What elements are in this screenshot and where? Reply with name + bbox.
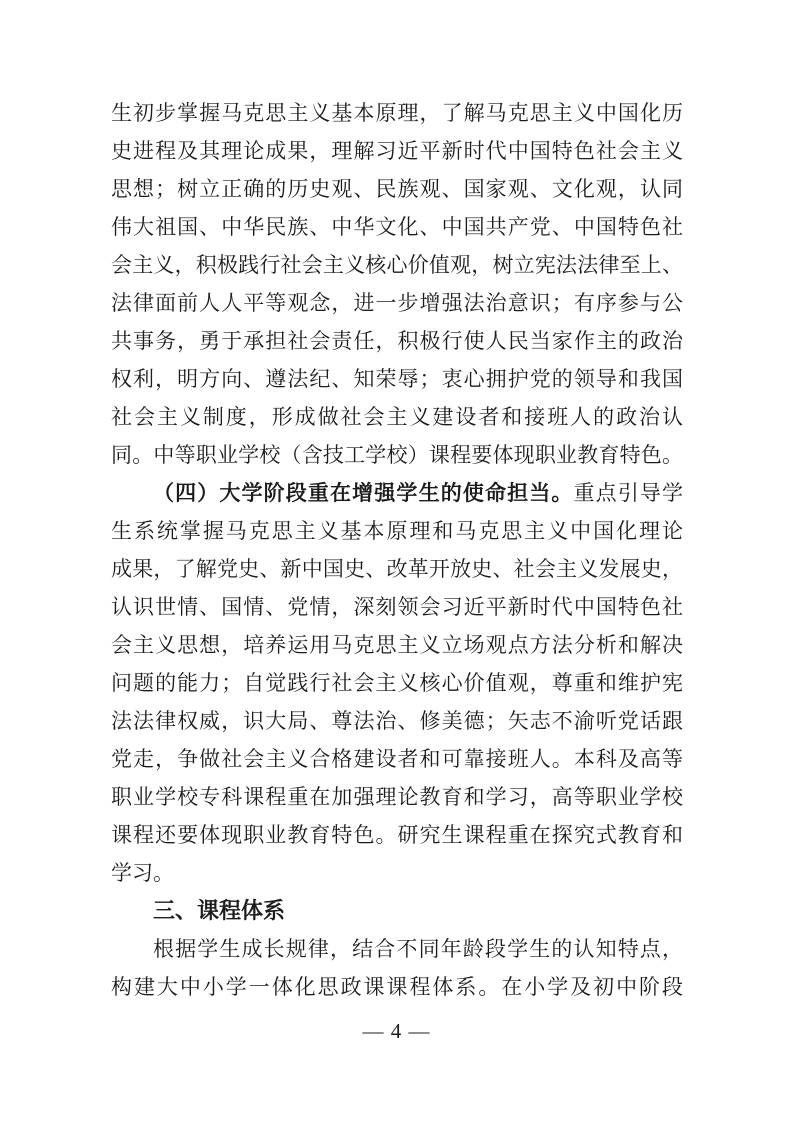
body-text-segment: 史进程及其理论成果，理解习近平新时代中国特色社会主义 (111, 139, 683, 163)
body-text-segment: 同。中等职业学校（含技工学校）课程要体现职业教育特色。 (111, 443, 683, 467)
body-text-segment: 思想；树立正确的历史观、民族观、国家观、文化观，认同 (111, 177, 683, 201)
document-text-block: 生初步掌握马克思主义基本原理，了解马克思主义中国化历史进程及其理论成果，理解习近… (111, 94, 683, 1006)
text-line: （四）大学阶段重在增强学生的使命担当。重点引导学 (111, 474, 683, 512)
body-text-segment: 权利，明方向、遵法纪、知荣辱；衷心拥护党的领导和我国 (111, 367, 683, 391)
body-text-segment: 生系统掌握马克思主义基本原理和马克思主义中国化理论 (111, 519, 683, 543)
paragraph-section-4-university-stage: （四）大学阶段重在增强学生的使命担当。重点引导学生系统掌握马克思主义基本原理和马… (111, 474, 683, 892)
body-text-segment: 会主义思想，培养运用马克思主义立场观点方法分析和解决 (111, 633, 683, 657)
text-line: 共事务，勇于承担社会责任，积极行使人民当家作主的政治 (111, 322, 683, 360)
text-line: 三、课程体系 (111, 892, 683, 930)
text-line: 根据学生成长规律，结合不同年龄段学生的认知特点， (111, 930, 683, 968)
text-line: 思想；树立正确的历史观、民族观、国家观、文化观，认同 (111, 170, 683, 208)
body-text-segment: 共事务，勇于承担社会责任，积极行使人民当家作主的政治 (111, 329, 683, 353)
text-line: 构建大中小学一体化思政课课程体系。在小学及初中阶段 (111, 968, 683, 1006)
text-line: 法法律权威，识大局、尊法治、修美德；矢志不渝听党话跟 (111, 702, 683, 740)
body-text-segment: 构建大中小学一体化思政课课程体系。在小学及初中阶段 (111, 975, 683, 999)
body-text-segment: 会主义，积极践行社会主义核心价值观，树立宪法法律至上、 (111, 253, 683, 277)
text-line: 社会主义制度，形成做社会主义建设者和接班人的政治认 (111, 398, 683, 436)
text-line: 伟大祖国、中华民族、中华文化、中国共产党、中国特色社 (111, 208, 683, 246)
text-line: 党走，争做社会主义合格建设者和可靠接班人。本科及高等 (111, 740, 683, 778)
body-text-segment: 课程还要体现职业教育特色。研究生课程重在探究式教育和 (111, 823, 683, 847)
text-line: 课程还要体现职业教育特色。研究生课程重在探究式教育和 (111, 816, 683, 854)
body-text-segment: 职业学校专科课程重在加强理论教育和学习，高等职业学校 (111, 785, 683, 809)
document-page: 生初步掌握马克思主义基本原理，了解马克思主义中国化历史进程及其理论成果，理解习近… (0, 0, 793, 1122)
text-line: 史进程及其理论成果，理解习近平新时代中国特色社会主义 (111, 132, 683, 170)
text-line: 问题的能力；自觉践行社会主义核心价值观，尊重和维护宪 (111, 664, 683, 702)
body-text-segment: 生初步掌握马克思主义基本原理，了解马克思主义中国化历 (111, 101, 683, 125)
body-text-segment: 问题的能力；自觉践行社会主义核心价值观，尊重和维护宪 (111, 671, 683, 695)
page-footer: — 4 — (0, 1012, 793, 1050)
text-line: 认识世情、国情、党情，深刻领会习近平新时代中国特色社 (111, 588, 683, 626)
paragraph-continued-middle-school-goals: 生初步掌握马克思主义基本原理，了解马克思主义中国化历史进程及其理论成果，理解习近… (111, 94, 683, 474)
body-text-segment: 伟大祖国、中华民族、中华文化、中国共产党、中国特色社 (111, 215, 683, 239)
page-number: — 4 — (363, 1019, 431, 1043)
body-text-segment: 成果，了解党史、新中国史、改革开放史、社会主义发展史， (111, 557, 683, 581)
text-line: 法律面前人人平等观念，进一步增强法治意识；有序参与公 (111, 284, 683, 322)
body-text-segment: 党走，争做社会主义合格建设者和可靠接班人。本科及高等 (111, 747, 683, 771)
text-line: 同。中等职业学校（含技工学校）课程要体现职业教育特色。 (111, 436, 683, 474)
text-line: 会主义思想，培养运用马克思主义立场观点方法分析和解决 (111, 626, 683, 664)
body-text-segment: 认识世情、国情、党情，深刻领会习近平新时代中国特色社 (111, 595, 683, 619)
body-text-segment: 社会主义制度，形成做社会主义建设者和接班人的政治认 (111, 405, 683, 429)
heading-section-3-curriculum-system: 三、课程体系 (111, 892, 683, 930)
text-line: 会主义，积极践行社会主义核心价值观，树立宪法法律至上、 (111, 246, 683, 284)
bold-text-segment: （四）大学阶段重在增强学生的使命担当。 (153, 481, 573, 505)
body-text-segment: 重点引导学 (573, 481, 683, 505)
text-line: 权利，明方向、遵法纪、知荣辱；衷心拥护党的领导和我国 (111, 360, 683, 398)
text-line: 学习。 (111, 854, 683, 892)
body-text-segment: 根据学生成长规律，结合不同年龄段学生的认知特点， (153, 937, 683, 961)
bold-text-segment: 三、课程体系 (153, 898, 285, 923)
text-line: 生系统掌握马克思主义基本原理和马克思主义中国化理论 (111, 512, 683, 550)
body-text-segment: 学习。 (111, 861, 174, 885)
text-line: 生初步掌握马克思主义基本原理，了解马克思主义中国化历 (111, 94, 683, 132)
body-text-segment: 法律面前人人平等观念，进一步增强法治意识；有序参与公 (111, 291, 683, 315)
paragraph-curriculum-system-intro: 根据学生成长规律，结合不同年龄段学生的认知特点，构建大中小学一体化思政课课程体系… (111, 930, 683, 1006)
text-line: 职业学校专科课程重在加强理论教育和学习，高等职业学校 (111, 778, 683, 816)
text-line: 成果，了解党史、新中国史、改革开放史、社会主义发展史， (111, 550, 683, 588)
body-text-segment: 法法律权威，识大局、尊法治、修美德；矢志不渝听党话跟 (111, 709, 683, 733)
